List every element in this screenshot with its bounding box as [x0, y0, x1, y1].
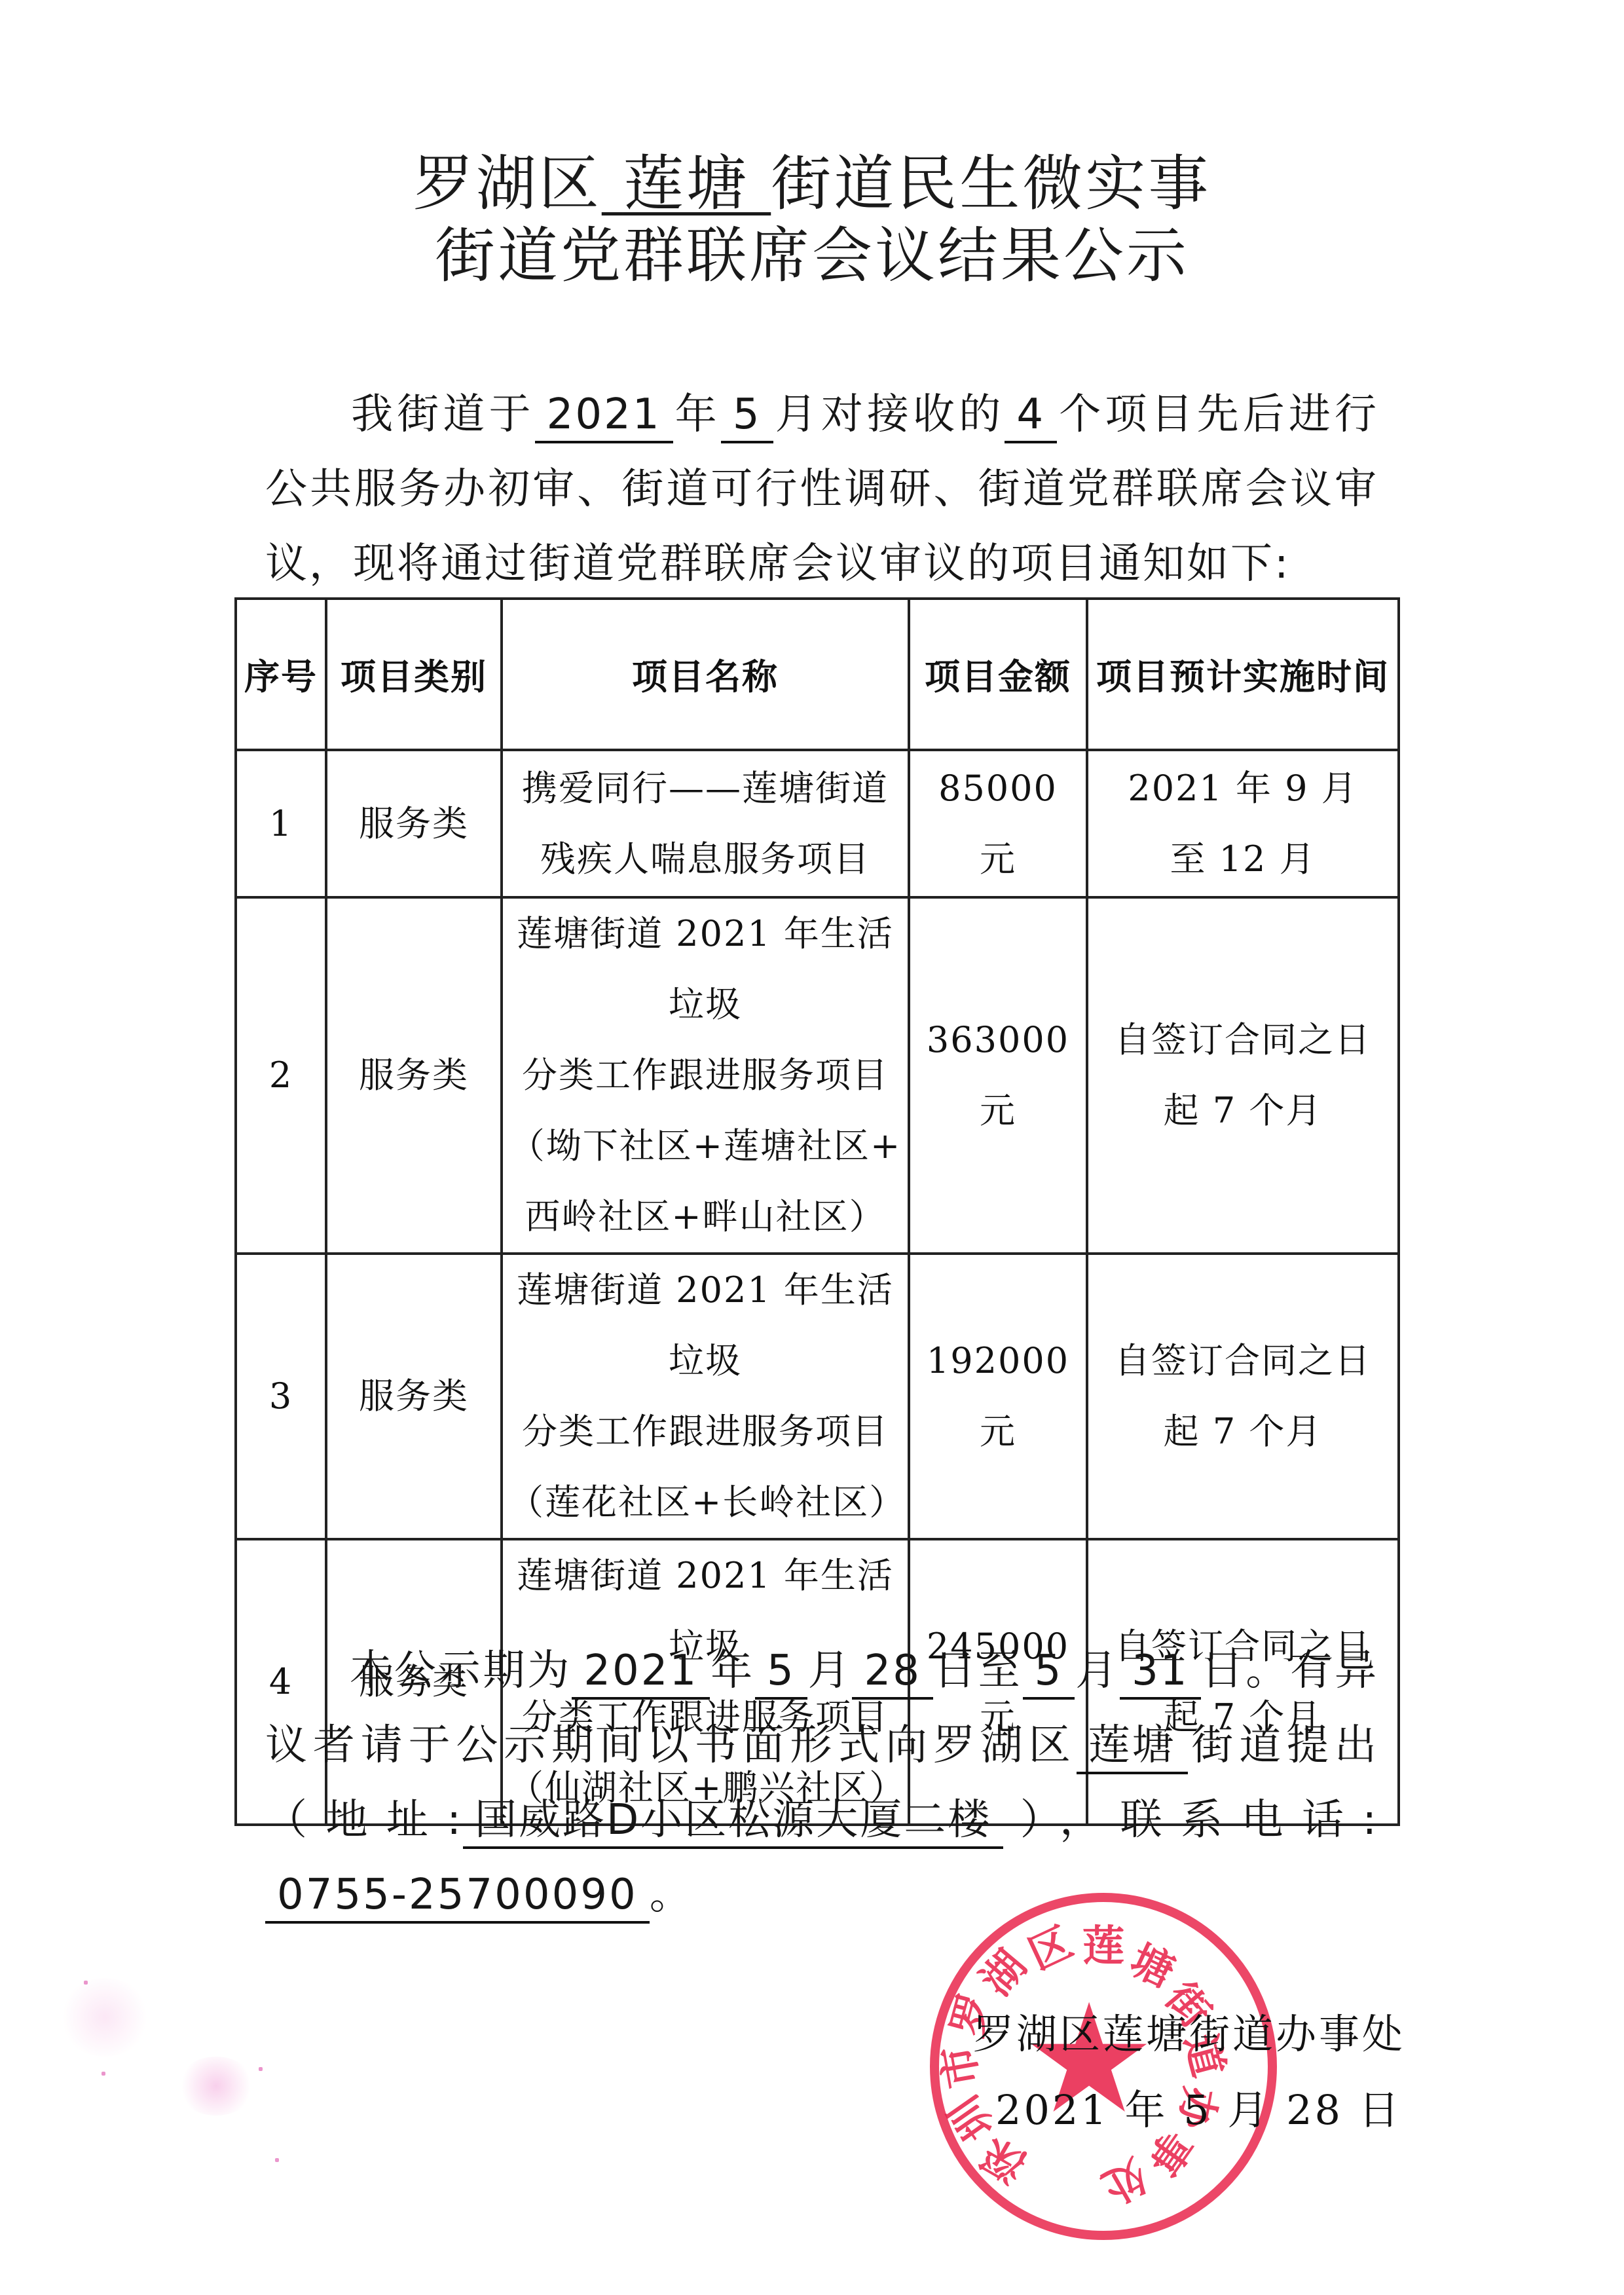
title-line-2: 街道党群联席会议结果公示: [0, 220, 1624, 292]
table-row: 1 服务类 携爱同行——莲塘街道 残疾人喘息服务项目 85000 元 2021 …: [236, 750, 1399, 897]
header-time: 项目预计实施时间: [1087, 599, 1399, 750]
header-amount: 项目金额: [909, 599, 1087, 750]
notice-start-year: 2021: [572, 1645, 710, 1700]
cell-category: 服务类: [326, 750, 502, 897]
table-header-row: 序号 项目类别 项目名称 项目金额 项目预计实施时间: [236, 599, 1399, 750]
notice-address: 国威路D小区松源大厦二楼: [463, 1794, 1003, 1849]
cell-category: 服务类: [326, 1254, 502, 1539]
cell-amount: 85000 元: [909, 750, 1087, 897]
seal-text-ring: 深圳市罗湖区莲塘街道办事处: [930, 1893, 1277, 2240]
header-category: 项目类别: [326, 599, 502, 750]
intro-count: 4: [1005, 388, 1057, 443]
cell-time: 2021 年 9 月 至 12 月: [1087, 750, 1399, 897]
ink-speck: [101, 2072, 105, 2076]
notice-street: 莲塘: [1077, 1719, 1188, 1774]
title-suffix: 街道民生微实事: [771, 149, 1211, 219]
cell-name: 莲塘街道 2021 年生活垃圾 分类工作跟进服务项目 （坳下社区+莲塘社区+ 西…: [502, 897, 909, 1254]
ink-speck: [259, 2067, 263, 2071]
intro-year: 2021: [535, 388, 673, 443]
notice-end-day: 31: [1120, 1645, 1200, 1700]
cell-name: 莲塘街道 2021 年生活垃圾 分类工作跟进服务项目 （莲花社区+长岭社区）: [502, 1254, 909, 1539]
header-name: 项目名称: [502, 599, 909, 750]
intro-paragraph: 我街道于2021年5月对接收的4个项目先后进行公共服务办初审、街道可行性调研、街…: [265, 377, 1378, 601]
cell-amount: 363000 元: [909, 897, 1087, 1254]
ink-smudge: [177, 2057, 255, 2116]
notice-phone: 0755-25700090: [265, 1869, 650, 1924]
ink-speck: [275, 2158, 279, 2162]
cell-category: 服务类: [326, 897, 502, 1254]
intro-month: 5: [721, 388, 773, 443]
notice-paragraph: 本公示期为2021年5月28日至5月31日。有异议者请于公示期间以书面形式向罗湖…: [265, 1633, 1378, 1932]
notice-end-month: 5: [1023, 1645, 1075, 1700]
cell-no: 2: [236, 897, 326, 1254]
table-row: 3 服务类 莲塘街道 2021 年生活垃圾 分类工作跟进服务项目 （莲花社区+长…: [236, 1254, 1399, 1539]
signature-org: 罗湖区莲塘街道办事处: [973, 2002, 1405, 2060]
cell-time: 自签订合同之日 起 7 个月: [1087, 1254, 1399, 1539]
notice-start-month: 5: [755, 1645, 807, 1700]
cell-no: 3: [236, 1254, 326, 1539]
title-line-1: 罗湖区 莲塘 街道民生微实事: [0, 148, 1624, 220]
title-district: 罗湖区: [413, 149, 602, 219]
cell-time: 自签订合同之日 起 7 个月: [1087, 897, 1399, 1254]
ink-speck: [84, 1981, 88, 1985]
notice-start-day: 28: [852, 1645, 932, 1700]
cell-name: 携爱同行——莲塘街道 残疾人喘息服务项目: [502, 750, 909, 897]
signature-date: 2021 年 5 月 28 日: [995, 2078, 1402, 2136]
cell-no: 1: [236, 750, 326, 897]
ink-smudge: [59, 1978, 151, 2057]
title-street-blank: 莲塘: [602, 149, 771, 219]
header-no: 序号: [236, 599, 326, 750]
table-row: 2 服务类 莲塘街道 2021 年生活垃圾 分类工作跟进服务项目 （坳下社区+莲…: [236, 897, 1399, 1254]
cell-amount: 192000 元: [909, 1254, 1087, 1539]
